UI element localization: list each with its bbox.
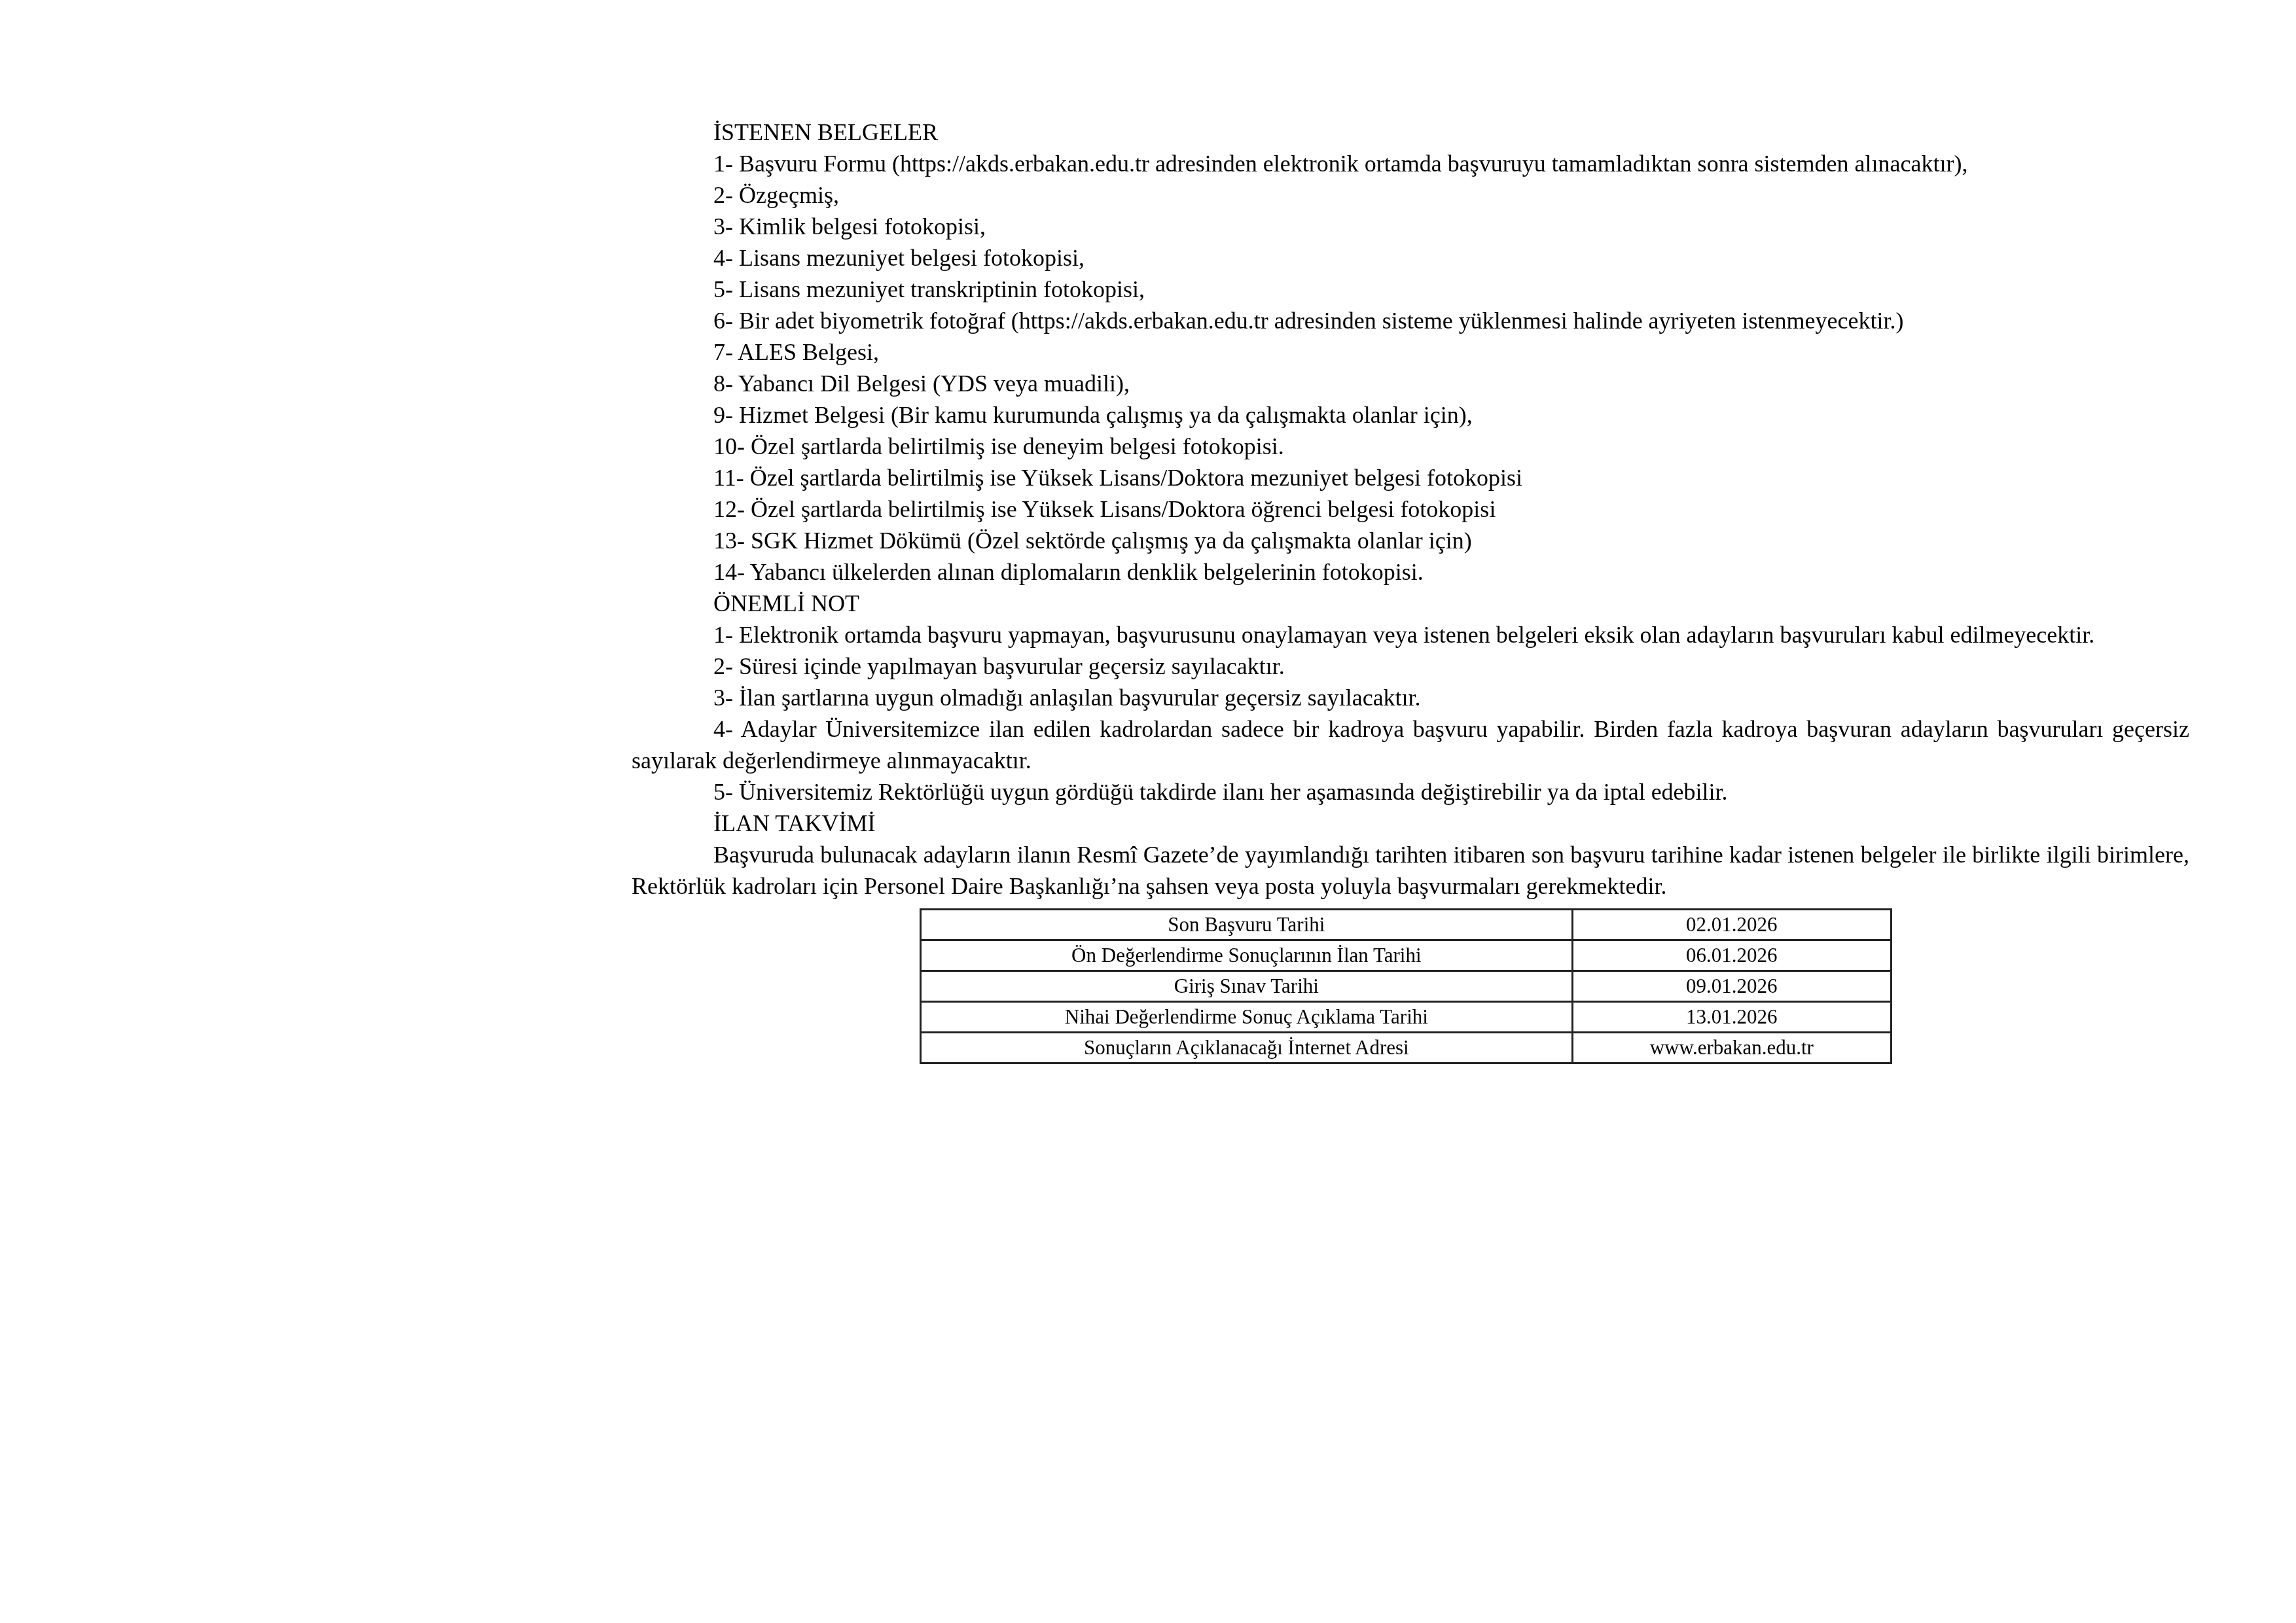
required-document-item: 12- Özel şartlarda belirtilmiş ise Yükse…	[632, 493, 2189, 525]
important-note-item: 1- Elektronik ortamda başvuru yapmayan, …	[632, 619, 2189, 651]
important-note-item: 5- Üniversitemiz Rektörlüğü uygun gördüğ…	[632, 776, 2189, 808]
table-row: Sonuçların Açıklanacağı İnternet Adresi …	[921, 1033, 1892, 1063]
required-document-item: 7- ALES Belgesi,	[632, 336, 2189, 368]
required-document-item: 14- Yabancı ülkelerden alınan diplomalar…	[632, 556, 2189, 588]
table-row: Son Başvuru Tarihi 02.01.2026	[921, 910, 1892, 940]
schedule-heading: İLAN TAKVİMİ	[632, 808, 2189, 839]
schedule-table: Son Başvuru Tarihi 02.01.2026 Ön Değerle…	[920, 908, 1892, 1064]
schedule-label-cell: Nihai Değerlendirme Sonuç Açıklama Tarih…	[921, 1002, 1573, 1033]
table-row: Nihai Değerlendirme Sonuç Açıklama Tarih…	[921, 1002, 1892, 1033]
required-documents-heading: İSTENEN BELGELER	[632, 116, 2189, 148]
schedule-label-cell: Sonuçların Açıklanacağı İnternet Adresi	[921, 1033, 1573, 1063]
schedule-value-cell: 02.01.2026	[1572, 910, 1891, 940]
table-row: Ön Değerlendirme Sonuçlarının İlan Tarih…	[921, 940, 1892, 971]
required-document-item: 11- Özel şartlarda belirtilmiş ise Yükse…	[632, 462, 2189, 493]
required-documents-list: 1- Başvuru Formu (https://akds.erbakan.e…	[632, 148, 2189, 588]
required-document-item: 9- Hizmet Belgesi (Bir kamu kurumunda ça…	[632, 399, 2189, 431]
required-document-item: 6- Bir adet biyometrik fotoğraf (https:/…	[632, 305, 2189, 336]
schedule-intro-paragraph: Başvuruda bulunacak adayların ilanın Res…	[632, 839, 2189, 902]
table-row: Giriş Sınav Tarihi 09.01.2026	[921, 971, 1892, 1002]
schedule-value-cell: 06.01.2026	[1572, 940, 1891, 971]
document-body: İSTENEN BELGELER 1- Başvuru Formu (https…	[632, 116, 2189, 902]
important-note-item: 2- Süresi içinde yapılmayan başvurular g…	[632, 651, 2189, 682]
required-document-item: 5- Lisans mezuniyet transkriptinin fotok…	[632, 274, 2189, 305]
document-page: İSTENEN BELGELER 1- Başvuru Formu (https…	[0, 0, 2296, 1623]
schedule-value-cell: 13.01.2026	[1572, 1002, 1891, 1033]
required-document-item: 8- Yabancı Dil Belgesi (YDS veya muadili…	[632, 368, 2189, 399]
required-document-item: 10- Özel şartlarda belirtilmiş ise deney…	[632, 431, 2189, 462]
important-notes-heading: ÖNEMLİ NOT	[632, 588, 2189, 619]
schedule-value-cell: 09.01.2026	[1572, 971, 1891, 1002]
required-document-item: 3- Kimlik belgesi fotokopisi,	[632, 211, 2189, 242]
important-notes-list: 1- Elektronik ortamda başvuru yapmayan, …	[632, 619, 2189, 808]
required-document-item: 1- Başvuru Formu (https://akds.erbakan.e…	[632, 148, 2189, 179]
schedule-value-cell: www.erbakan.edu.tr	[1572, 1033, 1891, 1063]
required-document-item: 2- Özgeçmiş,	[632, 179, 2189, 211]
required-document-item: 13- SGK Hizmet Dökümü (Özel sektörde çal…	[632, 525, 2189, 556]
important-note-item: 4- Adaylar Üniversitemizce ilan edilen k…	[632, 713, 2189, 776]
schedule-label-cell: Giriş Sınav Tarihi	[921, 971, 1573, 1002]
important-note-item: 3- İlan şartlarına uygun olmadığı anlaşı…	[632, 682, 2189, 713]
required-document-item: 4- Lisans mezuniyet belgesi fotokopisi,	[632, 242, 2189, 274]
schedule-label-cell: Ön Değerlendirme Sonuçlarının İlan Tarih…	[921, 940, 1573, 971]
schedule-label-cell: Son Başvuru Tarihi	[921, 910, 1573, 940]
